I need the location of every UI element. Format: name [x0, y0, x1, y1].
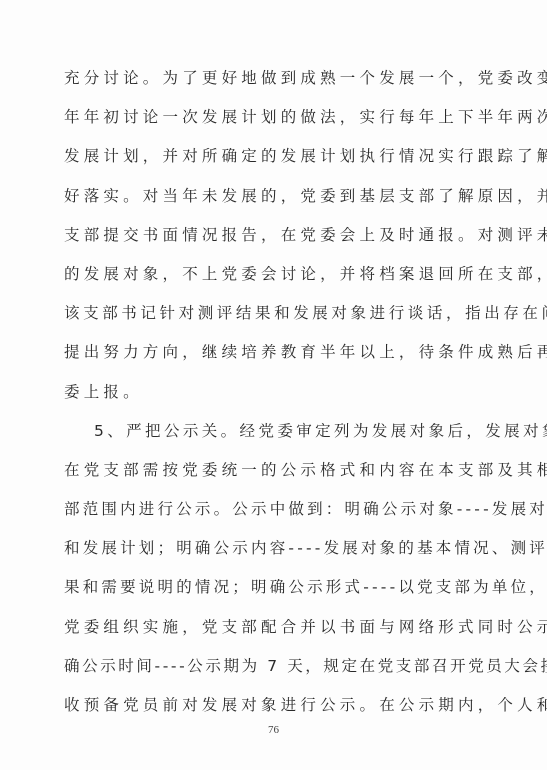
text-line: 委上报。: [64, 381, 474, 420]
text-line: 年年初讨论一次发展计划的做法，实行每年上下半年两次讨论: [64, 106, 474, 145]
text-line: 好落实。对当年未发展的，党委到基层支部了解原因，并责成: [64, 185, 474, 224]
document-page: 充分讨论。为了更好地做到成熟一个发展一个，党委改变了每 年年初讨论一次发展计划的…: [0, 0, 547, 770]
text-line: 提出努力方向，继续培养教育半年以上，待条件成熟后再向党: [64, 341, 474, 380]
text-line: 党委组织实施，党支部配合并以书面与网络形式同时公示；明: [64, 616, 474, 655]
text-line: 发展计划，并对所确定的发展计划执行情况实行跟踪了解，抓: [64, 145, 474, 184]
text-line: 的发展对象，不上党委会讨论，并将档案退回所在支部，责成: [64, 263, 474, 302]
section-heading-line: 5、严把公示关。经党委审定列为发展对象后，发展对象所: [64, 420, 474, 459]
text-line: 该支部书记针对测评结果和发展对象进行谈话，指出存在问题，: [64, 302, 474, 341]
text-line: 部范围内进行公示。公示中做到：明确公示对象----发展对象: [64, 498, 474, 537]
text-line: 确公示时间----公示期为 7 天，规定在党支部召开党员大会接: [64, 655, 474, 694]
page-number: 76: [0, 724, 547, 736]
text-line: 果和需要说明的情况；明确公示形式----以党支部为单位，由: [64, 576, 474, 615]
text-line: 支部提交书面情况报告，在党委会上及时通报。对测评未达标: [64, 224, 474, 263]
body-text: 充分讨论。为了更好地做到成熟一个发展一个，党委改变了每 年年初讨论一次发展计划的…: [64, 67, 474, 733]
text-line: 充分讨论。为了更好地做到成熟一个发展一个，党委改变了每: [64, 67, 474, 106]
text-line: 和发展计划；明确公示内容----发展对象的基本情况、测评结: [64, 537, 474, 576]
text-line: 在党支部需按党委统一的公示格式和内容在本支部及其相关支: [64, 459, 474, 498]
